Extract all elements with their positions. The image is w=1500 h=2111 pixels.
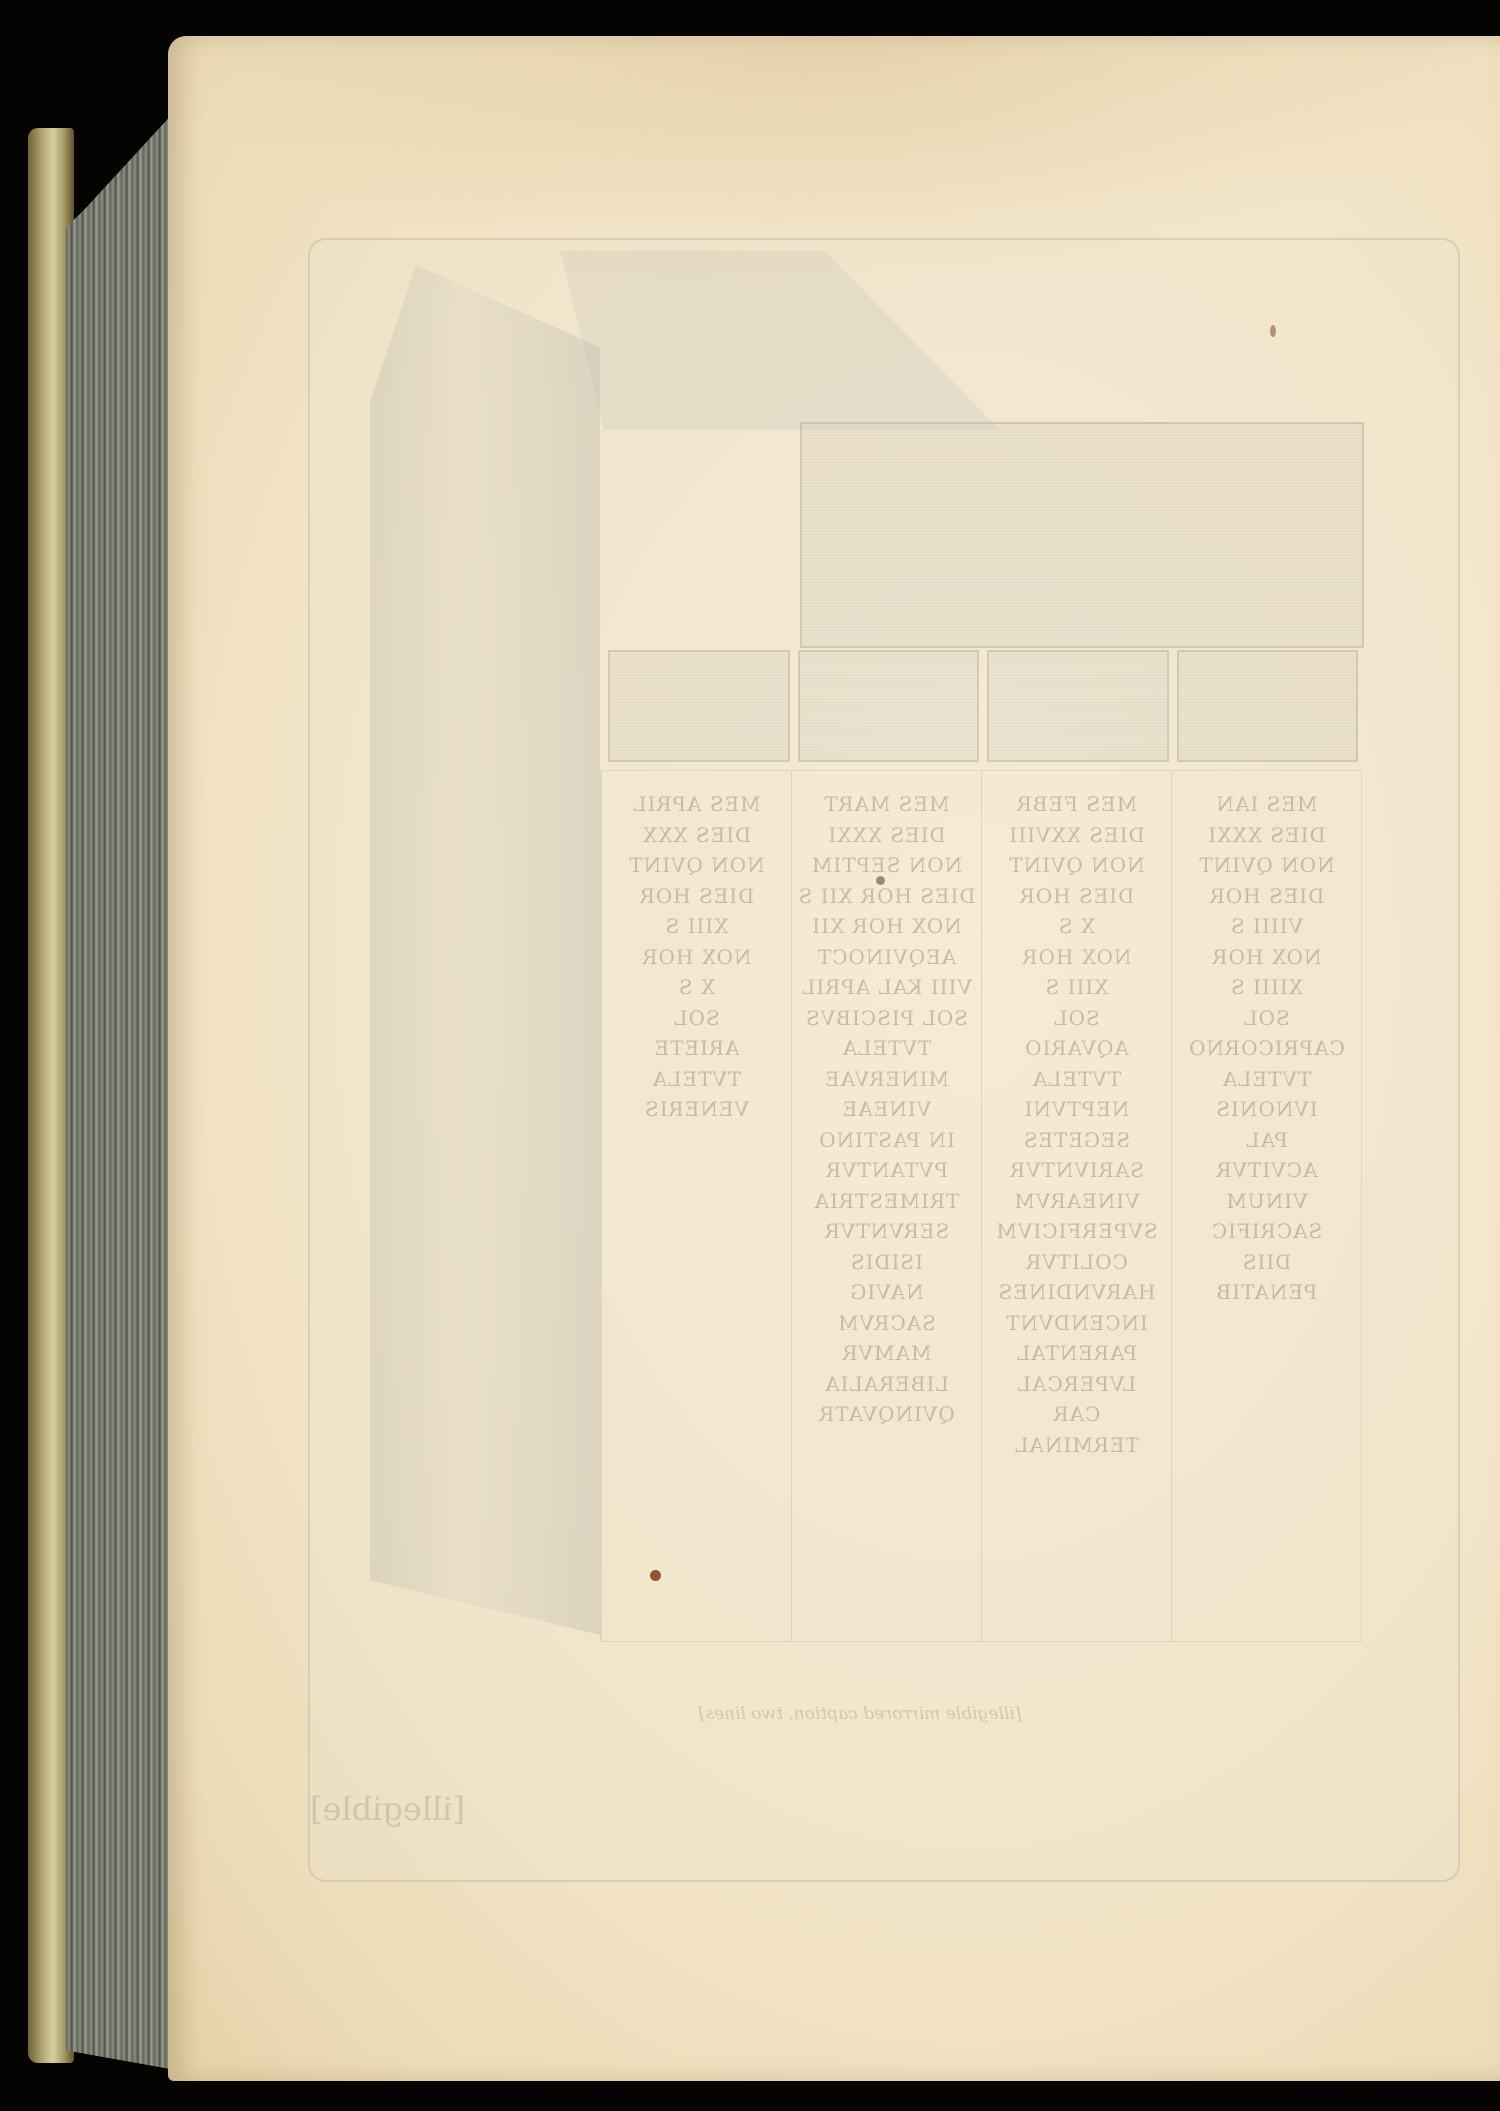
text-line: DIES XXXI — [1172, 820, 1361, 851]
text-line: NEPTVNI — [982, 1094, 1171, 1125]
text-line: TVTELA — [1172, 1064, 1361, 1095]
zodiac-panel-pisces — [798, 650, 980, 762]
text-line: NOX HOR — [982, 942, 1171, 973]
text-line: XIII S — [602, 911, 791, 942]
foxing-spot — [650, 1570, 661, 1581]
text-line: VINUM — [1172, 1186, 1361, 1217]
text-line: PAL — [1172, 1125, 1361, 1156]
column-february: MES FEBR DIES XXVIII NON QVINT DIES HOR … — [981, 771, 1171, 1641]
foxing-spot — [876, 876, 885, 885]
frieze-panel — [800, 422, 1364, 648]
text-line: SERVNTVR — [792, 1216, 981, 1247]
text-line: NOX HOR — [602, 942, 791, 973]
text-line: MES MART — [792, 789, 981, 820]
text-line: VIIII S — [1172, 911, 1361, 942]
text-line: VINEAE — [792, 1094, 981, 1125]
text-line: MES IAN — [1172, 789, 1361, 820]
text-line: XIIII S — [1172, 972, 1361, 1003]
text-line: SOL PISCIBVS — [792, 1003, 981, 1034]
text-line: NOX HOR XII — [792, 911, 981, 942]
plate-number: [illegible] — [310, 1790, 465, 1828]
text-line: ISIDIS — [792, 1247, 981, 1278]
text-line: SACRIFIC — [1172, 1216, 1361, 1247]
text-line: MINERVAE — [792, 1064, 981, 1095]
text-line: NON SEPTIM — [792, 850, 981, 881]
text-line: HARVNDINES — [982, 1277, 1171, 1308]
text-line: DIES HOR XII S — [792, 881, 981, 912]
plate-caption: [illegible mirrored caption, two lines] — [340, 1700, 1380, 1728]
text-line: QVINQVATR — [792, 1399, 981, 1430]
text-line: DIES XXX — [602, 820, 791, 851]
text-line: COLITVR — [982, 1247, 1171, 1278]
text-line: ARIETE — [602, 1033, 791, 1064]
page-edges — [66, 110, 176, 2070]
text-line: X S — [602, 972, 791, 1003]
text-line: VIII KAL APRIL — [792, 972, 981, 1003]
text-line: PARENTAL — [982, 1338, 1171, 1369]
text-line: VENERIS — [602, 1094, 791, 1125]
text-line: IVNONIS — [1172, 1094, 1361, 1125]
text-line: DIES HOR — [1172, 881, 1361, 912]
calendar-columns: MES IAN DIES XXXI NON QVINT DIES HOR VII… — [600, 770, 1362, 1642]
text-line: NON QVINT — [1172, 850, 1361, 881]
text-line: NON QVINT — [602, 850, 791, 881]
text-line: MES FEBR — [982, 789, 1171, 820]
text-line: ACVITVR — [1172, 1155, 1361, 1186]
text-line: DIES XXXI — [792, 820, 981, 851]
text-line: AEQVINOCT — [792, 942, 981, 973]
zodiac-panel-capricorn — [1177, 650, 1359, 762]
text-line: TVTELA — [982, 1064, 1171, 1095]
text-line: IN PASTINO — [792, 1125, 981, 1156]
text-line: NOX HOR — [1172, 942, 1361, 973]
column-january: MES IAN DIES XXXI NON QVINT DIES HOR VII… — [1171, 771, 1361, 1641]
text-line: MAMVR — [792, 1338, 981, 1369]
text-line: SACRVM — [792, 1308, 981, 1339]
text-line: SOL — [982, 1003, 1171, 1034]
text-line: LIBERALIA — [792, 1369, 981, 1400]
zodiac-panels — [608, 650, 1358, 762]
text-line: SOL — [602, 1003, 791, 1034]
text-line: PVTANTVR — [792, 1155, 981, 1186]
text-line: VINEARVM — [982, 1186, 1171, 1217]
text-line: X S — [982, 911, 1171, 942]
text-line: SEGETES — [982, 1125, 1171, 1156]
zodiac-panel-aries — [608, 650, 790, 762]
text-line: AQVARIO — [982, 1033, 1171, 1064]
zodiac-panel-aquarius — [987, 650, 1169, 762]
column-april: MES APRIL DIES XXX NON QVINT DIES HOR XI… — [601, 771, 791, 1641]
column-march: MES MART DIES XXXI NON SEPTIM DIES HOR X… — [791, 771, 981, 1641]
text-line: DIES XXVIII — [982, 820, 1171, 851]
text-line: DIES HOR — [982, 881, 1171, 912]
pillar-side-face — [370, 265, 600, 1635]
text-line: LVPERCAL — [982, 1369, 1171, 1400]
text-line: TVTELA — [792, 1033, 981, 1064]
text-line: XIII S — [982, 972, 1171, 1003]
foxing-spot — [1270, 325, 1276, 337]
text-line: NON QVINT — [982, 850, 1171, 881]
text-line: INCENDVNT — [982, 1308, 1171, 1339]
text-line: DIIS — [1172, 1247, 1361, 1278]
text-line: CAR — [982, 1399, 1171, 1430]
text-line: SVPERFICIVM — [982, 1216, 1171, 1247]
text-line: TVTELA — [602, 1064, 791, 1095]
text-line: SOL CAPRICORNO — [1172, 1003, 1361, 1064]
text-line: SARIVNTVR — [982, 1155, 1171, 1186]
text-line: NAVIG — [792, 1277, 981, 1308]
text-line: PENATIB — [1172, 1277, 1361, 1308]
text-line: MES APRIL — [602, 789, 791, 820]
text-line: TRIMESTRIA — [792, 1186, 981, 1217]
text-line: DIES HOR — [602, 881, 791, 912]
text-line: TERMINAL — [982, 1430, 1171, 1461]
